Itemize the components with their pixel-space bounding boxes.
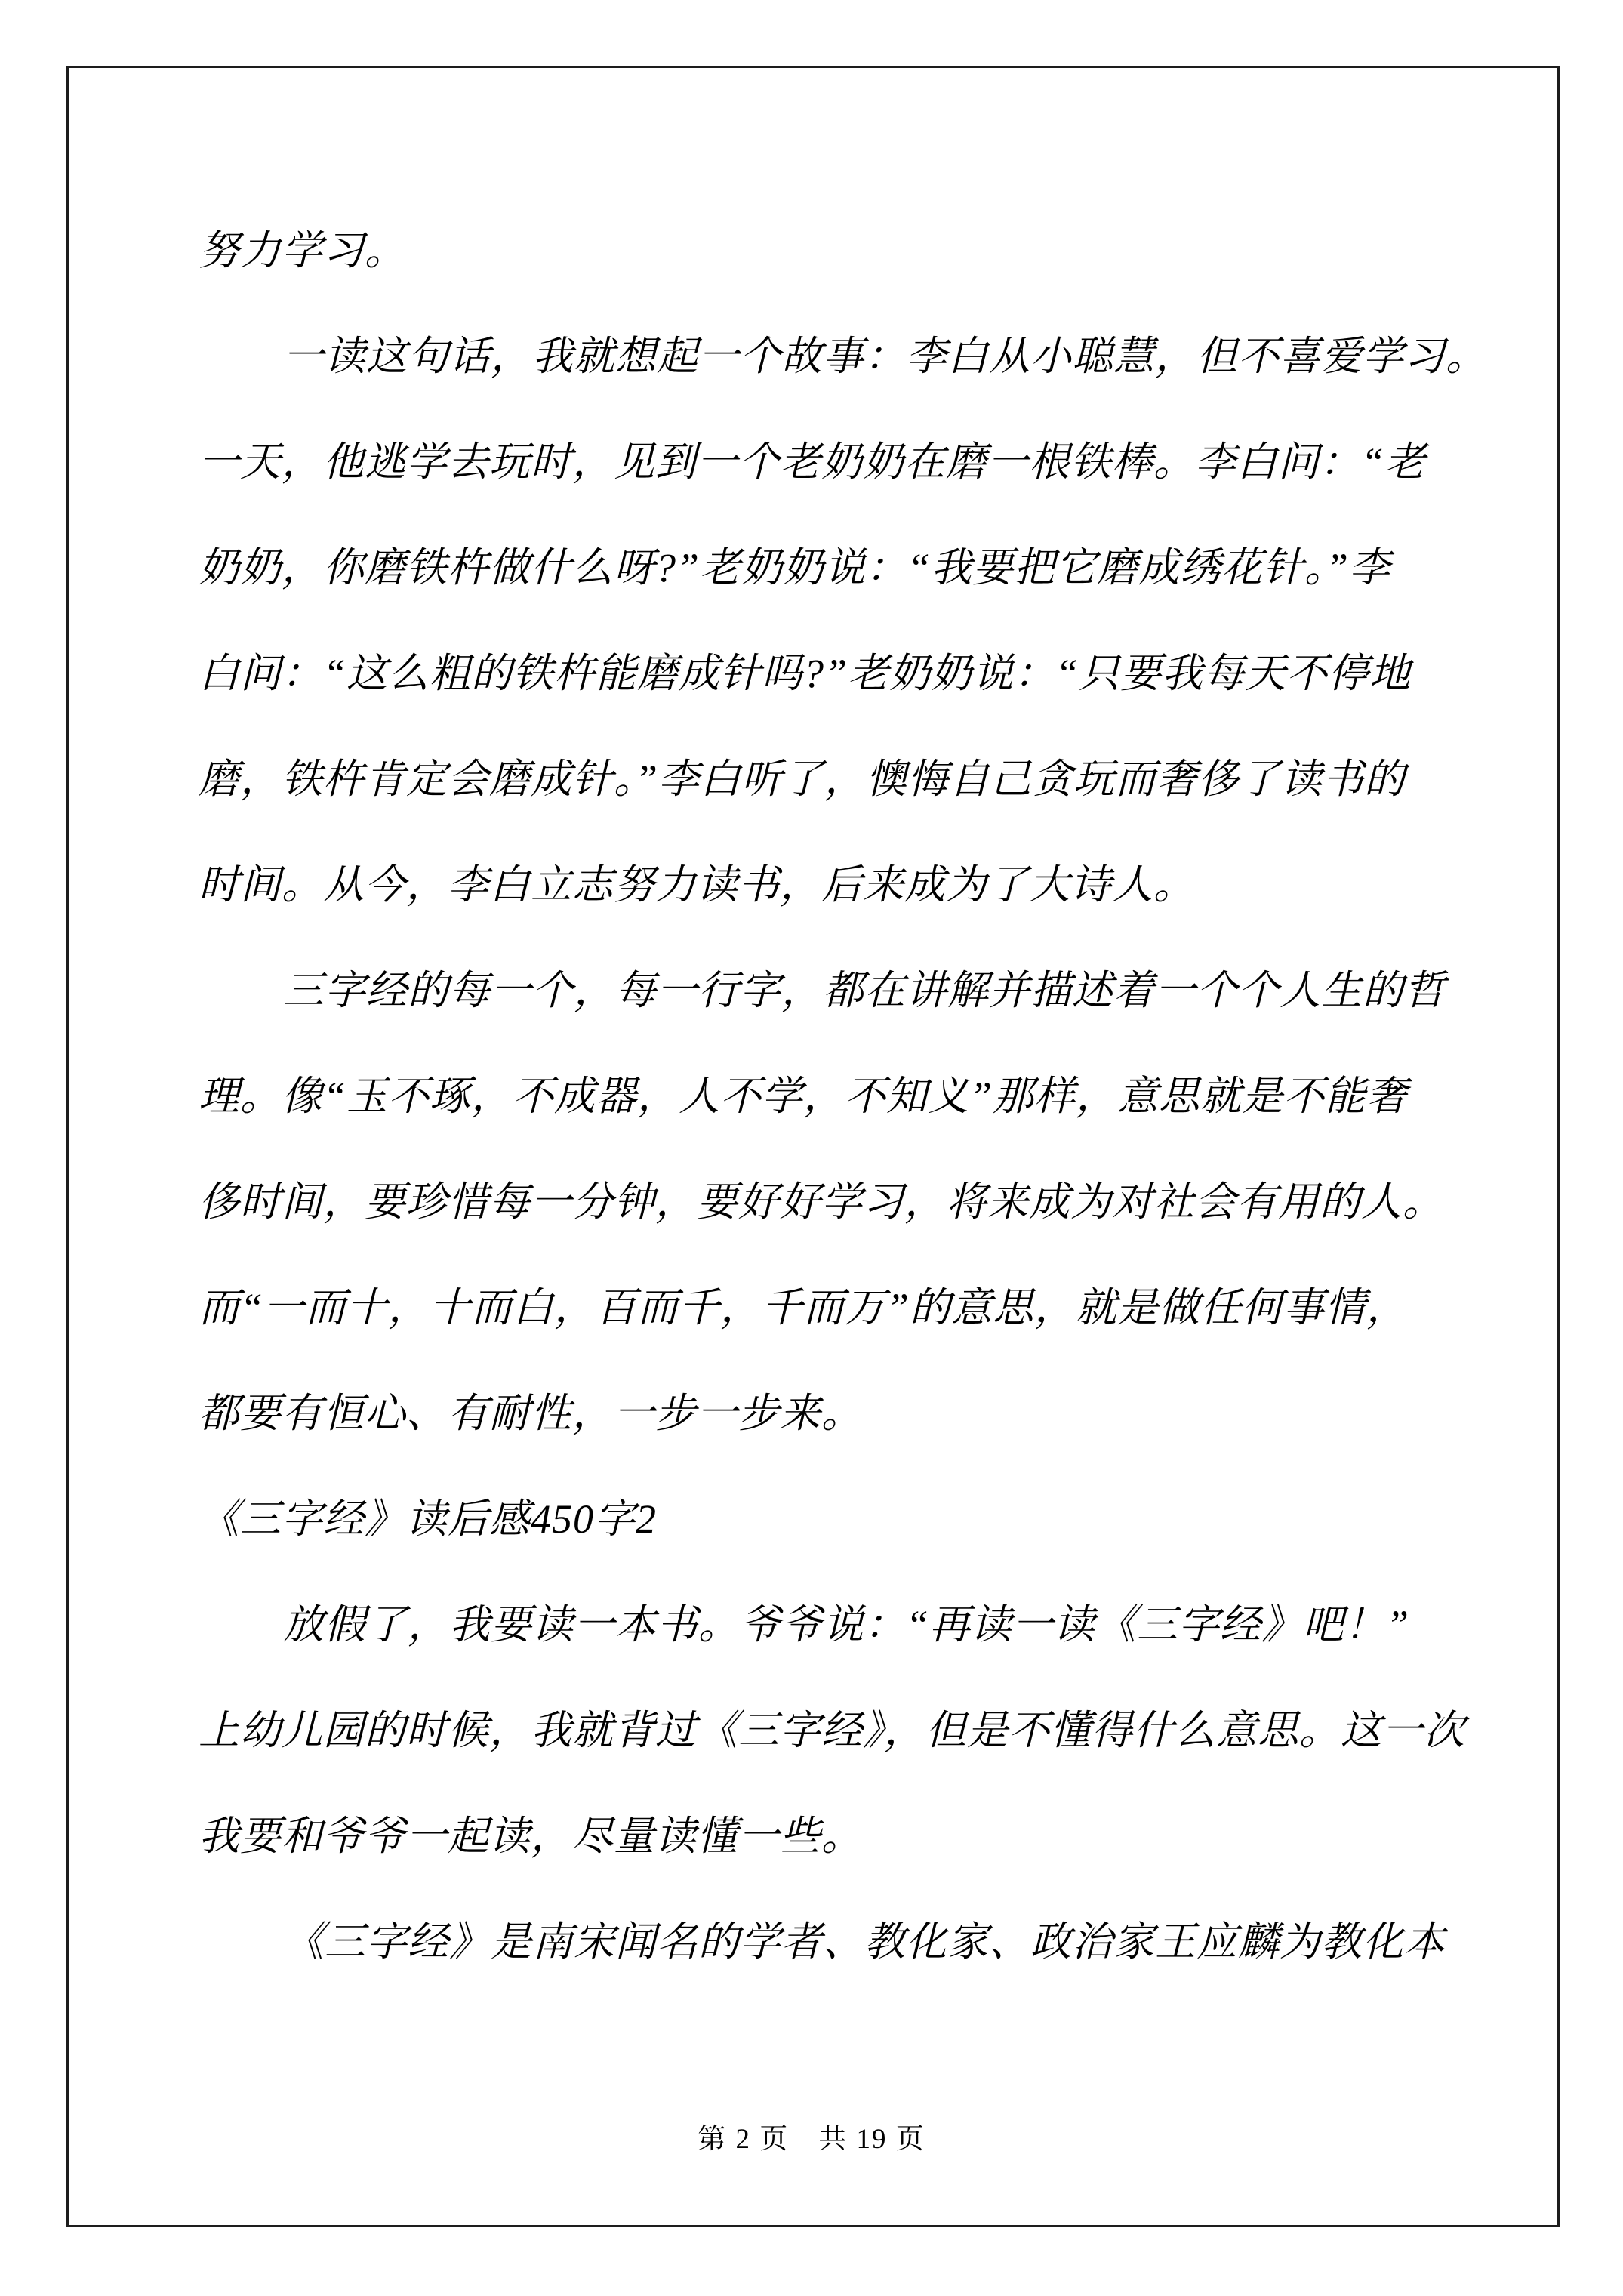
document-line: 侈时间，要珍惜每一分钟，要好好学习，将来成为对社会有用的人。 <box>199 1149 1512 1255</box>
document-line: 理。像“玉不琢，不成器，人不学，不知义”那样，意思就是不能奢 <box>199 1043 1512 1149</box>
document-line: 一读这句话，我就想起一个故事：李白从小聪慧，但不喜爱学习。 <box>199 304 1512 409</box>
document-line: 《三字经》是南宋闻名的学者、教化家、政治家王应麟为教化本 <box>199 1889 1512 1995</box>
page-footer: 第 2 页 共 19 页 <box>0 2119 1623 2161</box>
document-line: 奶奶，你磨铁杵做什么呀?”老奶奶说：“我要把它磨成绣花针。”李 <box>199 515 1512 621</box>
document-line: 都要有恒心、有耐性，一步一步来。 <box>199 1361 1512 1466</box>
document-body: 努力学习。 一读这句话，我就想起一个故事：李白从小聪慧，但不喜爱学习。 一天，他… <box>199 198 1512 1995</box>
document-line: 白问：“这么粗的铁杵能磨成针吗?”老奶奶说：“只要我每天不停地 <box>199 621 1512 726</box>
document-line: 一天，他逃学去玩时，见到一个老奶奶在磨一根铁棒。李白问：“老 <box>199 409 1512 515</box>
document-line: 而“一而十，十而白，百而千，千而万”的意思，就是做任何事情， <box>199 1255 1512 1361</box>
document-section-heading: 《三字经》读后感450字2 <box>199 1466 1512 1572</box>
document-line: 放假了，我要读一本书。爷爷说：“再读一读《三字经》吧！” <box>199 1572 1512 1678</box>
document-line: 三字经的每一个，每一行字，都在讲解并描述着一个个人生的哲 <box>199 938 1512 1043</box>
document-line: 我要和爷爷一起读，尽量读懂一些。 <box>199 1783 1512 1889</box>
document-line: 时间。从今，李白立志努力读书，后来成为了大诗人。 <box>199 832 1512 938</box>
document-page: 努力学习。 一读这句话，我就想起一个故事：李白从小聪慧，但不喜爱学习。 一天，他… <box>0 0 1623 2296</box>
document-line: 上幼儿园的时候，我就背过《三字经》，但是不懂得什么意思。这一次 <box>199 1678 1512 1783</box>
document-line: 努力学习。 <box>199 198 1512 304</box>
document-line: 磨，铁杵肯定会磨成针。”李白听了，懊悔自己贪玩而奢侈了读书的 <box>199 726 1512 832</box>
